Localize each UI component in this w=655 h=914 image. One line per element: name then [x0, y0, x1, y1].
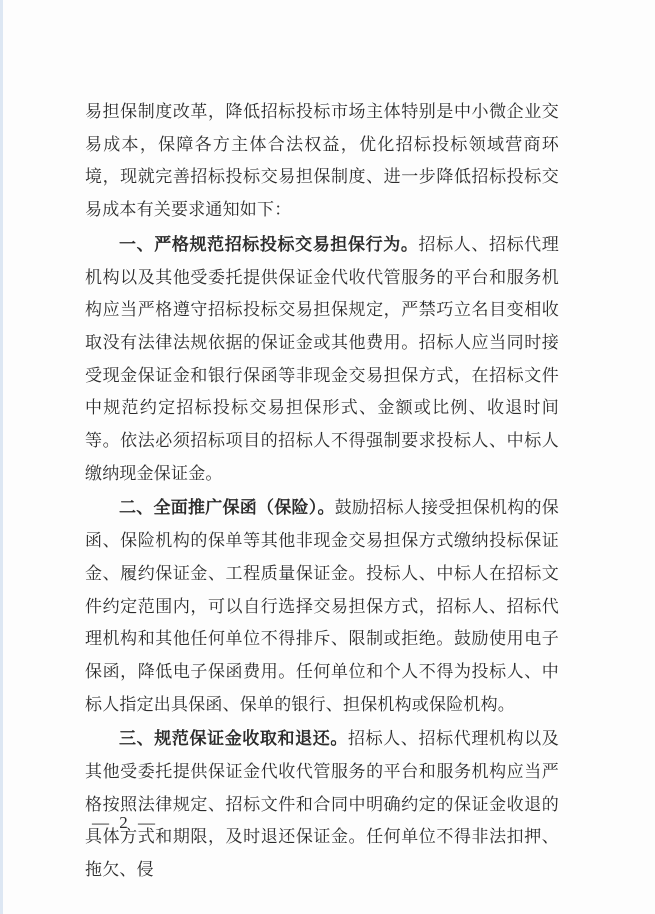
section-1-heading: 一、严格规范招标投标交易担保行为。: [119, 235, 418, 254]
scanned-document-page: 易担保制度改革，降低招标投标市场主体特别是中小微企业交易成本，保障各方主体合法权…: [0, 0, 655, 914]
section-3-heading: 三、规范保证金收取和退还。: [119, 729, 348, 748]
section-2-text: 鼓励招标人接受担保机构的保函、保险机构的保单等其他非现金交易担保方式缴纳投标保证…: [85, 498, 559, 713]
section-3-paragraph: 三、规范保证金收取和退还。招标人、招标代理机构以及其他受委托提供保证金代收代管服…: [85, 723, 559, 887]
paragraph-continuation: 易担保制度改革，降低招标投标市场主体特别是中小微企业交易成本，保障各方主体合法权…: [85, 96, 559, 227]
paragraph-text: 易担保制度改革，降低招标投标市场主体特别是中小微企业交易成本，保障各方主体合法权…: [85, 102, 559, 219]
document-body: 易担保制度改革，降低招标投标市场主体特别是中小微企业交易成本，保障各方主体合法权…: [85, 96, 559, 887]
section-3-text: 招标人、招标代理机构以及其他受委托提供保证金代收代管服务的平台和服务机构应当严格…: [85, 729, 559, 879]
section-1-paragraph: 一、严格规范招标投标交易担保行为。招标人、招标代理机构以及其他受委托提供保证金代…: [85, 229, 559, 491]
page-number: — 2 —: [92, 813, 158, 833]
section-2-heading: 二、全面推广保函（保险）。: [119, 498, 335, 517]
scan-edge-strip: [0, 0, 3, 914]
section-2-paragraph: 二、全面推广保函（保险）。鼓励招标人接受担保机构的保函、保险机构的保单等其他非现…: [85, 492, 559, 721]
section-1-text: 招标人、招标代理机构以及其他受委托提供保证金代收代管服务的平台和服务机构应当严格…: [85, 235, 559, 483]
